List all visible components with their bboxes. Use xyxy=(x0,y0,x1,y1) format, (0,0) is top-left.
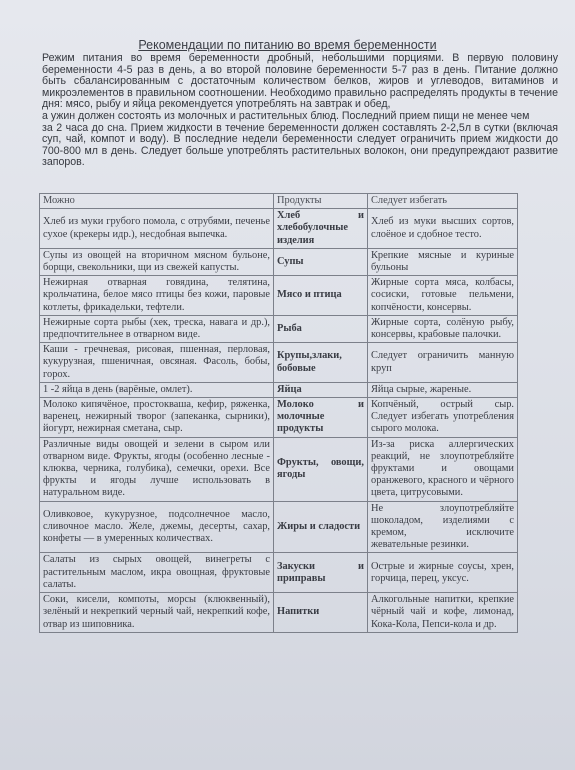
cell-allowed: Супы из овощей на вторичном мясном бульо… xyxy=(40,248,274,275)
cell-allowed: 1 -2 яйца в день (варёные, омлет). xyxy=(40,382,274,397)
cell-allowed: Хлеб из муки грубого помола, с отрубями,… xyxy=(40,209,274,249)
table-row: Различные виды овощей и зелени в сыром и… xyxy=(40,437,518,501)
table-row: Нежирные сорта рыбы (хек, треска, навага… xyxy=(40,315,518,342)
cell-avoid: Следует ограничить манную круп xyxy=(368,343,518,383)
cell-product: Яйца xyxy=(274,382,368,397)
cell-allowed: Молоко кипячёное, простокваша, кефир, ря… xyxy=(40,398,274,438)
cell-avoid: Хлеб из муки высших сортов, слоёное и сд… xyxy=(368,209,518,249)
table-row: Соки, кисели, компоты, морсы (клюквенный… xyxy=(40,593,518,633)
cell-product: Молоко и молочные продукты xyxy=(274,398,368,438)
nutrition-table: Можно Продукты Следует избегать Хлеб из … xyxy=(39,193,518,633)
cell-avoid: Копчёный, острый сыр. Следует избегать у… xyxy=(368,398,518,438)
table-row: Хлеб из муки грубого помола, с отрубями,… xyxy=(40,209,518,249)
table-row: Супы из овощей на вторичном мясном бульо… xyxy=(40,248,518,275)
cell-product: Закуски и приправы xyxy=(274,553,368,593)
cell-avoid: Жирные сорта мяса, колбасы, сосиски, гот… xyxy=(368,276,518,316)
intro-paragraph: Режим питания во время беременности дроб… xyxy=(42,53,558,111)
cell-product: Напитки xyxy=(274,593,368,633)
cell-product: Крупы,злаки, бобовые xyxy=(274,343,368,383)
document-title: Рекомендации по питанию во время беремен… xyxy=(0,38,575,52)
cell-avoid: Из-за риска аллергических реакций, не зл… xyxy=(368,437,518,501)
cell-avoid: Алкогольные напитки, крепкие чёрный чай … xyxy=(368,593,518,633)
cell-allowed: Оливковое, кукурузное, подсолнечное масл… xyxy=(40,501,274,553)
cell-avoid: Жирные сорта, солёную рыбу, консервы, кр… xyxy=(368,315,518,342)
cell-avoid: Острые и жирные соусы, хрен, горчица, пе… xyxy=(368,553,518,593)
cell-allowed: Нежирная отварная говядина, телятина, кр… xyxy=(40,276,274,316)
table-row: Нежирная отварная говядина, телятина, кр… xyxy=(40,276,518,316)
paper-sheet: Рекомендации по питанию во время беремен… xyxy=(0,0,575,770)
cell-product: Фрукты, овощи, ягоды xyxy=(274,437,368,501)
cell-product: Жиры и сладости xyxy=(274,501,368,553)
table-header-row: Можно Продукты Следует избегать xyxy=(40,194,518,209)
table-row: Оливковое, кукурузное, подсолнечное масл… xyxy=(40,501,518,553)
cell-avoid: Не злоупотребляйте шоколадом, изделиями … xyxy=(368,501,518,553)
cell-product: Супы xyxy=(274,248,368,275)
table-row: Салаты из сырых овощей, винегреты с раст… xyxy=(40,553,518,593)
cell-allowed: Каши - гречневая, рисовая, пшенная, перл… xyxy=(40,343,274,383)
cell-product: Хлеб и хлебобулочные изделия xyxy=(274,209,368,249)
intro-paragraph: а ужин должен состоять из молочных и рас… xyxy=(42,111,558,123)
header-product: Продукты xyxy=(274,194,368,209)
cell-allowed: Соки, кисели, компоты, морсы (клюквенный… xyxy=(40,593,274,633)
cell-product: Мясо и птица xyxy=(274,276,368,316)
table-row: Каши - гречневая, рисовая, пшенная, перл… xyxy=(40,343,518,383)
cell-allowed: Нежирные сорта рыбы (хек, треска, навага… xyxy=(40,315,274,342)
header-allowed: Можно xyxy=(40,194,274,209)
cell-product: Рыба xyxy=(274,315,368,342)
cell-avoid: Крепкие мясные и куриные бульоны xyxy=(368,248,518,275)
intro-paragraph: за 2 часа до сна. Прием жидкости в течен… xyxy=(42,123,558,169)
intro-text: Режим питания во время беременности дроб… xyxy=(42,53,558,169)
cell-avoid: Яйца сырые, жареные. xyxy=(368,382,518,397)
header-avoid: Следует избегать xyxy=(368,194,518,209)
table-row: 1 -2 яйца в день (варёные, омлет).ЯйцаЯй… xyxy=(40,382,518,397)
cell-allowed: Различные виды овощей и зелени в сыром и… xyxy=(40,437,274,501)
table-row: Молоко кипячёное, простокваша, кефир, ря… xyxy=(40,398,518,438)
cell-allowed: Салаты из сырых овощей, винегреты с раст… xyxy=(40,553,274,593)
